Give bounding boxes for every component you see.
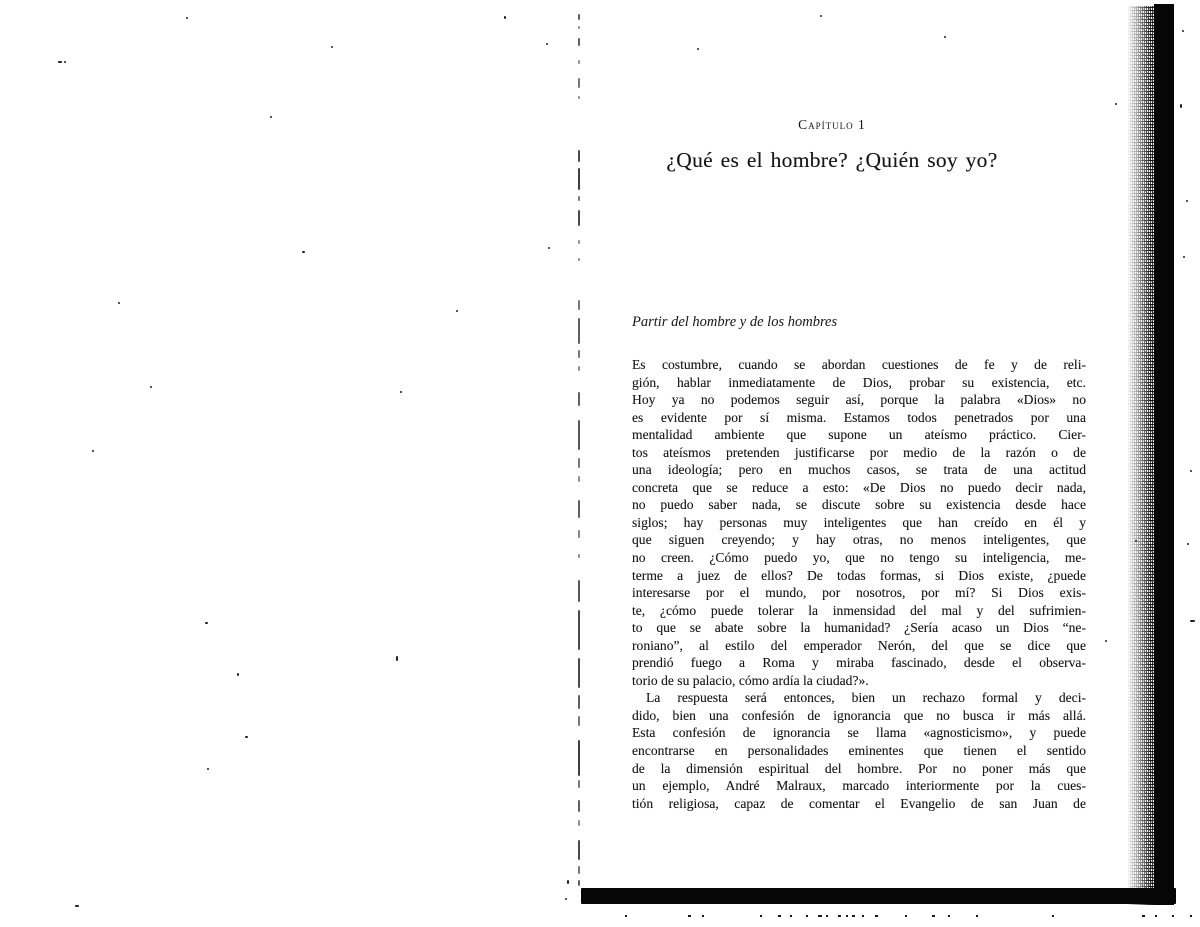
text-line: es evidente por sí misma. Estamos todos … [632,409,1086,427]
dust-speck [1180,104,1182,108]
bottom-dot [790,915,792,917]
dust-speck [92,450,94,452]
dust-speck [546,43,548,45]
fold-dash [578,240,580,244]
bottom-dot [932,915,935,917]
text-line: no creen. ¿Cómo puedo yo, que no tengo s… [632,549,1086,567]
bottom-dot [846,915,848,917]
fold-dash [578,168,580,190]
text-line: Esta confesión de ignorancia se llama «a… [632,724,1086,742]
fold-dash [578,350,580,358]
fold-dash [578,210,580,226]
text-line: terme a juez de ellos? De todas formas, … [632,567,1086,585]
fold-dash [578,716,580,726]
fold-dash [578,366,580,371]
fold-dash [578,554,580,558]
bottom-dot [702,915,704,917]
dust-speck [118,302,120,304]
fold-dash [578,26,580,29]
bottom-dot [1155,915,1157,917]
text-line: no puedo saber nada, se discute sobre su… [632,496,1086,514]
dust-speck [1183,256,1185,258]
dust-speck [1182,30,1184,32]
bottom-dot [778,915,781,917]
dust-speck [1187,543,1189,545]
bottom-dot [862,915,864,917]
bottom-dot [875,915,878,917]
dust-speck [270,116,272,118]
text-line: roniano”, al estilo del emperador Nerón,… [632,637,1086,655]
bottom-dot [1052,915,1054,917]
bottom-dot [948,915,950,917]
dust-speck [396,656,398,661]
dust-speck [820,15,822,17]
bottom-dot [852,915,855,917]
dust-speck [1186,200,1188,202]
dust-speck [1115,103,1117,105]
dust-speck [58,61,62,63]
dust-speck [207,768,209,770]
dust-speck [1105,640,1107,642]
fold-dash [578,78,580,88]
dust-speck [1135,540,1137,542]
fold-dash [578,258,580,261]
text-line: Hoy ya no podemos seguir así, porque la … [632,391,1086,409]
dust-speck [565,898,567,900]
text-line: que siguen creyendo; y hay otras, no men… [632,531,1086,549]
bottom-dot [826,915,828,917]
fold-dash [578,150,580,162]
bottom-dot [818,915,822,917]
page-title: ¿Qué es el hombre? ¿Quién soy yo? [604,148,1060,173]
text-line: to que se abate sobre la humanidad? ¿Ser… [632,619,1086,637]
dust-speck [504,16,506,19]
dust-speck [456,310,458,312]
text-line: de la dimensión espiritual del hombre. P… [632,760,1086,778]
fold-dash [578,658,580,688]
fold-dash [578,840,580,860]
fold-dash [578,458,580,468]
left-page-blank [0,0,578,927]
body-text: Es costumbre, cuando se abordan cuestion… [632,356,1086,812]
text-line: dido, bien una confesión de ignorancia q… [632,707,1086,725]
bottom-dot [806,915,808,917]
text-line: una ideología; pero en muchos casos, se … [632,461,1086,479]
dust-speck [697,48,699,50]
fold-dash [578,530,580,538]
dust-speck [1190,620,1195,622]
dust-speck [205,622,208,624]
fold-dash [578,392,580,406]
text-line: prendió fuego a Roma y miraba fascinado,… [632,654,1086,672]
fold-dash [578,500,580,518]
fold-dash [578,96,580,99]
fold-dash [578,38,580,46]
text-line: encontrarse en personalidades eminentes … [632,742,1086,760]
fold-dash [578,580,580,602]
text-line: tos ateísmos pretenden justificarse por … [632,444,1086,462]
bottom-dot [905,915,907,917]
fold-dash [578,420,580,450]
text-line: interesarse por el mundo, por nosotros, … [632,584,1086,602]
text-line: concreta que se reduce a esto: «De Dios … [632,479,1086,497]
text-line: siglos; hay personas muy inteligentes qu… [632,514,1086,532]
bottom-dot [1190,915,1192,917]
scanned-book-page: Capítulo 1 ¿Qué es el hombre? ¿Quién soy… [0,0,1200,927]
fold-dash [578,880,580,886]
scan-spine-band [1154,4,1174,905]
bottom-dot [760,915,762,917]
dust-speck [186,17,188,19]
fold-dash [578,60,580,64]
bottom-dot [625,915,627,917]
dust-speck [237,673,239,676]
text-line: mentalidad ambiente que supone un ateísm… [632,426,1086,444]
dust-speck [400,391,402,393]
fold-dash [578,740,580,776]
fold-dash [578,300,580,310]
fold-dash [578,695,580,709]
dust-speck [75,905,79,907]
text-line: La respuesta será entonces, bien un rech… [632,689,1086,707]
dust-speck [245,736,248,738]
text-line: un ejemplo, André Malraux, marcado inter… [632,777,1086,795]
text-line: te, ¿cómo puede tolerar la inmensidad de… [632,602,1086,620]
fold-dash [578,800,580,812]
fold-dash [578,318,580,344]
bottom-dot [1142,915,1145,917]
dust-speck [331,46,333,48]
text-line: Es costumbre, cuando se abordan cuestion… [632,356,1086,374]
text-line: gión, hablar inmediatamente de Dios, pro… [632,374,1086,392]
bottom-dot [1172,915,1174,917]
scan-bottom-bar [581,888,1176,904]
dust-speck [1190,470,1192,472]
dust-speck [567,880,569,884]
chapter-label: Capítulo 1 [604,117,1060,133]
fold-dash [578,196,580,201]
text-line: torio de su palacio, cómo ardía la ciuda… [632,672,1086,690]
dust-speck [548,247,550,249]
bottom-dot [838,915,841,917]
fold-dash [578,476,580,482]
fold-dash [578,610,580,650]
fold-dash [578,866,580,874]
dust-speck [64,61,66,63]
dust-speck [944,36,946,38]
section-heading: Partir del hombre y de los hombres [632,314,1086,331]
dust-speck [150,386,152,388]
text-line: tión religiosa, capaz de comentar el Eva… [632,795,1086,813]
dust-speck [302,251,305,253]
fold-dash [578,820,580,826]
fold-dash [578,14,580,20]
bottom-dot [688,915,691,917]
bottom-dot [976,915,978,917]
fold-dash [578,780,580,788]
